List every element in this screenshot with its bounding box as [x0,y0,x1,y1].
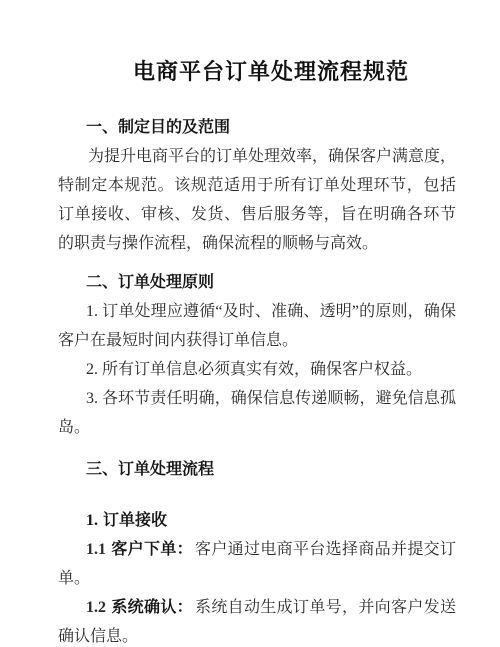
document-page: 电商平台订单处理流程规范 一、制定目的及范围 为提升电商平台的订单处理效率，确保… [0,0,500,647]
entry-number: 1.2 [86,599,106,616]
subsection-number: 1. [86,512,98,529]
section-heading-purpose-scope: 一、制定目的及范围 [86,119,456,136]
entry-label: 系统确认： [111,599,193,616]
principle-item-3: 3. 各环节责任明确，确保信息传递顺畅，避免信息孤岛。 [58,384,456,442]
process-entry-customer-order: 1.1客户下单：客户通过电商平台选择商品并提交订单。 [58,535,456,593]
principle-item-2: 2. 所有订单信息必须真实有效，确保客户权益。 [58,355,456,384]
section-heading-process: 三、订单处理流程 [86,461,456,478]
principle-item-1: 1. 订单处理应遵循“及时、准确、透明”的原则，确保客户在最短时间内获得订单信息… [58,297,456,355]
purpose-scope-paragraph: 为提升电商平台的订单处理效率，确保客户满意度，特制定本规范。该规范适用于所有订单… [58,142,456,258]
section-heading-principles: 二、订单处理原则 [86,274,456,291]
subsection-heading-order-receiving: 1.订单接收 [86,512,456,529]
subsection-label: 订单接收 [103,512,167,529]
entry-label: 客户下单： [111,541,193,558]
page-title: 电商平台订单处理流程规范 [58,57,456,87]
principles-list: 1. 订单处理应遵循“及时、准确、透明”的原则，确保客户在最短时间内获得订单信息… [58,297,456,442]
process-entry-system-confirm: 1.2系统确认：系统自动生成订单号，并向客户发送确认信息。 [58,593,456,647]
process-entries: 1.1客户下单：客户通过电商平台选择商品并提交订单。 1.2系统确认：系统自动生… [58,535,456,647]
entry-number: 1.1 [86,541,106,558]
